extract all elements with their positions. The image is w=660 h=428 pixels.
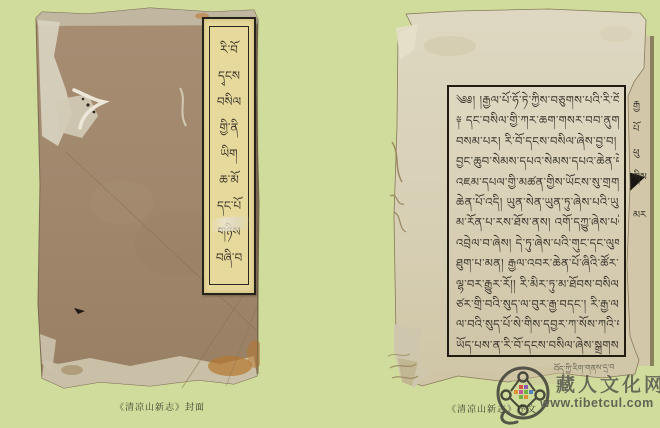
text-line: ཐུག་པ་མན། རྒྱལ་འབར་ཆེན་པོ་ཞིའི་ཚོར་ཞོ་བྲ…	[456, 253, 619, 273]
label-line: དང་པོ	[217, 192, 241, 219]
text-line: འབྲེལ་བ་ཞེས། དེ་ཏུ་ཞེས་པའི་གུང་དང་ལུགས་ར…	[456, 233, 619, 253]
label-line: དྭངས	[218, 62, 240, 89]
printed-text-frame: ༄༅། །རྒྱལ་པོ་ཧོ་ཏེ་ཀྱིས་བཅུགས་པའི་རི་བོ …	[447, 85, 626, 357]
label-line: གྱི་ནི	[220, 114, 239, 141]
label-line: རི་བོ	[220, 36, 238, 63]
text-line: ཆེན་པོ་འདི། ཡུན་སེན་ཡུན་ཏུ་ཞེས་པའི་ཡུལ་ག…	[456, 192, 619, 212]
watermark-site-name: 藏人文化网	[556, 370, 660, 397]
label-line: ཆ་མོ	[219, 166, 239, 193]
text-line: ༈ དང་བསིལ་གྱི་ཀར་ཆག་གསར་བབ་ནུགས། བདག་གིས	[456, 110, 619, 130]
left-photo-caption: 《清凉山新志》封面	[60, 400, 260, 413]
screenshot-root: རི་བོ དྭངས བསིལ གྱི་ནི ཡིག ཆ་མོ དང་པོ གཉ…	[0, 0, 660, 428]
text-line: ལྷ་བར་རྒྱུར་རོ།། རི་མིར་ཏུ་མ་ཐོབས་བསིལ་བ…	[456, 274, 619, 294]
edge-glyph: མར	[633, 204, 651, 232]
text-line: ཡོད་པས་ན་རི་བོ་དངས་བསིལ་ཞེས་སྒྲགས་སོ༎ རི…	[456, 335, 619, 355]
thread-over-label	[198, 215, 263, 233]
edge-glyph: ཀིས	[633, 166, 651, 194]
watermark: བོད་ཀྱི་རིག་གནས་དྲ་བ 藏人文化网 www.tibetcul.…	[488, 356, 660, 428]
text-line: འཇམ་དཔལ་གྱི་མཚན་གྱིས་ཡོངས་སུ་གྲགས་ཏེ། རི…	[456, 172, 619, 192]
label-line: བསིལ	[217, 88, 241, 115]
text-line: ཙར་གྲི་བའི་སུད་ལ་བུར་རྒྱ་བདང་། རི་རྒྱ་ལ་…	[456, 294, 619, 314]
label-line: བཞི་བ	[216, 244, 242, 271]
text-line: ༄༅། །རྒྱལ་པོ་ཧོ་ཏེ་ཀྱིས་བཅུགས་པའི་རི་བོ	[456, 90, 619, 110]
text-line: བྱང་ཆུབ་སེམས་དཔའ་སེམས་དཔའ་ཆེན་པོ་འཇམ་དཔལ…	[456, 151, 619, 171]
text-line: བསམ་པར། རི་བོ་དངས་བསིལ་ཞེས་བྱ་བ། སྔ་མོ་ན…	[456, 131, 619, 151]
under-page-edge: རྒྱ པོ ཕུ ཀིས མར	[632, 88, 651, 356]
text-line: མ་རོན་པ་རས་ཐོས་ནས། འགོ་དཀྱུ་ཞེས་པའི་རིའི…	[456, 212, 619, 232]
watermark-site-url: www.tibetcul.com	[540, 396, 654, 410]
cover-title-label: རི་བོ དྭངས བསིལ གྱི་ནི ཡིག ཆ་མོ དང་པོ གཉ…	[202, 17, 256, 295]
book-cover-photo: རི་བོ དྭངས བསིལ གྱི་ནི ཡིག ཆ་མོ དང་པོ གཉ…	[30, 4, 260, 394]
text-line: ལ་བའི་སུད་པོ་སེ་གིས་དབྱར་ཀ་སོས་ཀའི་དཔས་ལ…	[456, 314, 619, 334]
cover-title-label-frame: རི་བོ དྭངས བསིལ གྱི་ནི ཡིག ཆ་མོ དང་པོ གཉ…	[209, 26, 249, 285]
book-page-photo: ༄༅། །རྒྱལ་པོ་ཧོ་ཏེ་ཀྱིས་བཅུགས་པའི་རི་བོ …	[388, 6, 660, 398]
label-line: ཡིག	[220, 140, 237, 167]
